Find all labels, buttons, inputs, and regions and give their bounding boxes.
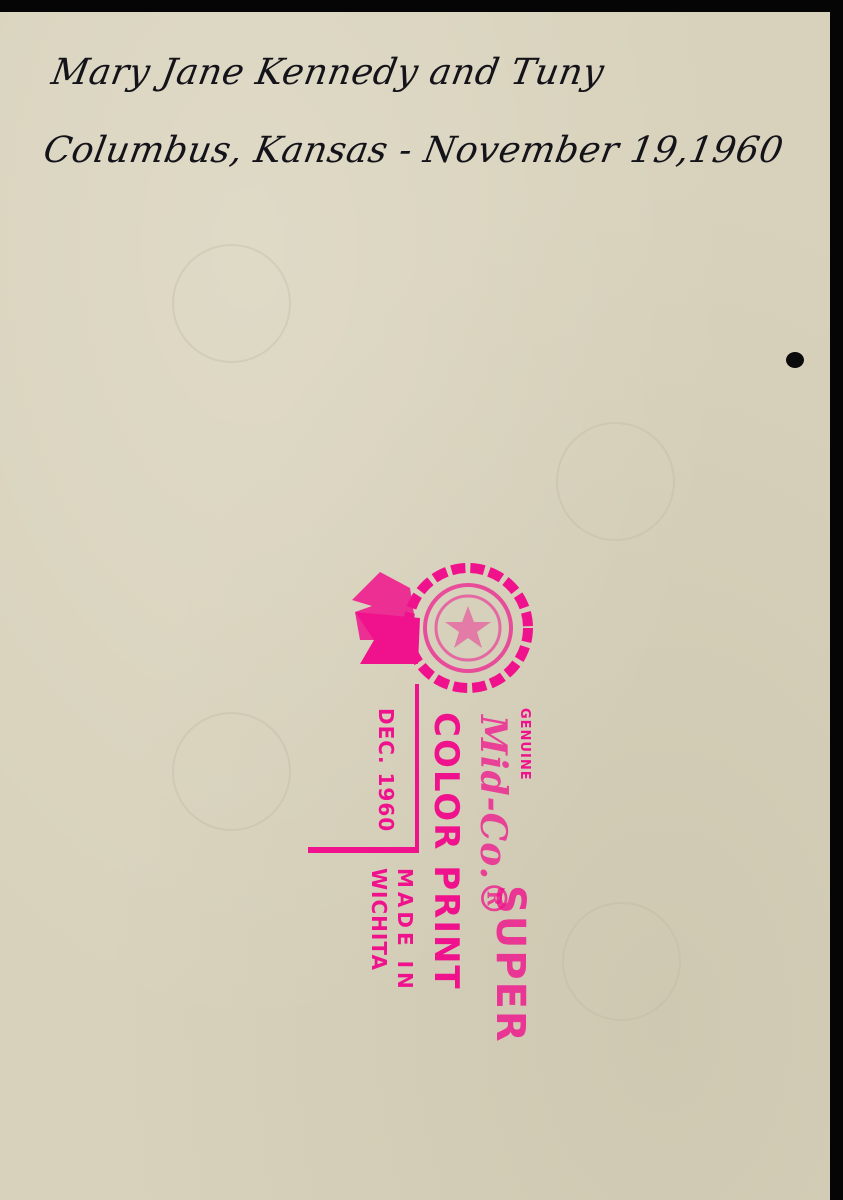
photo-back-card: Mary Jane Kennedy and Tuny Columbus, Kan… xyxy=(0,12,830,1200)
watermark-circle xyxy=(562,902,681,1021)
punch-hole-mark xyxy=(786,352,804,368)
watermark-circle xyxy=(172,712,291,831)
watermark-circle xyxy=(172,244,291,363)
inscription-line-2: Columbus, Kansas - November 19,1960 xyxy=(40,130,786,171)
inscription-line-1: Mary Jane Kennedy and Tuny xyxy=(48,52,607,93)
watermark-circle xyxy=(556,422,675,541)
